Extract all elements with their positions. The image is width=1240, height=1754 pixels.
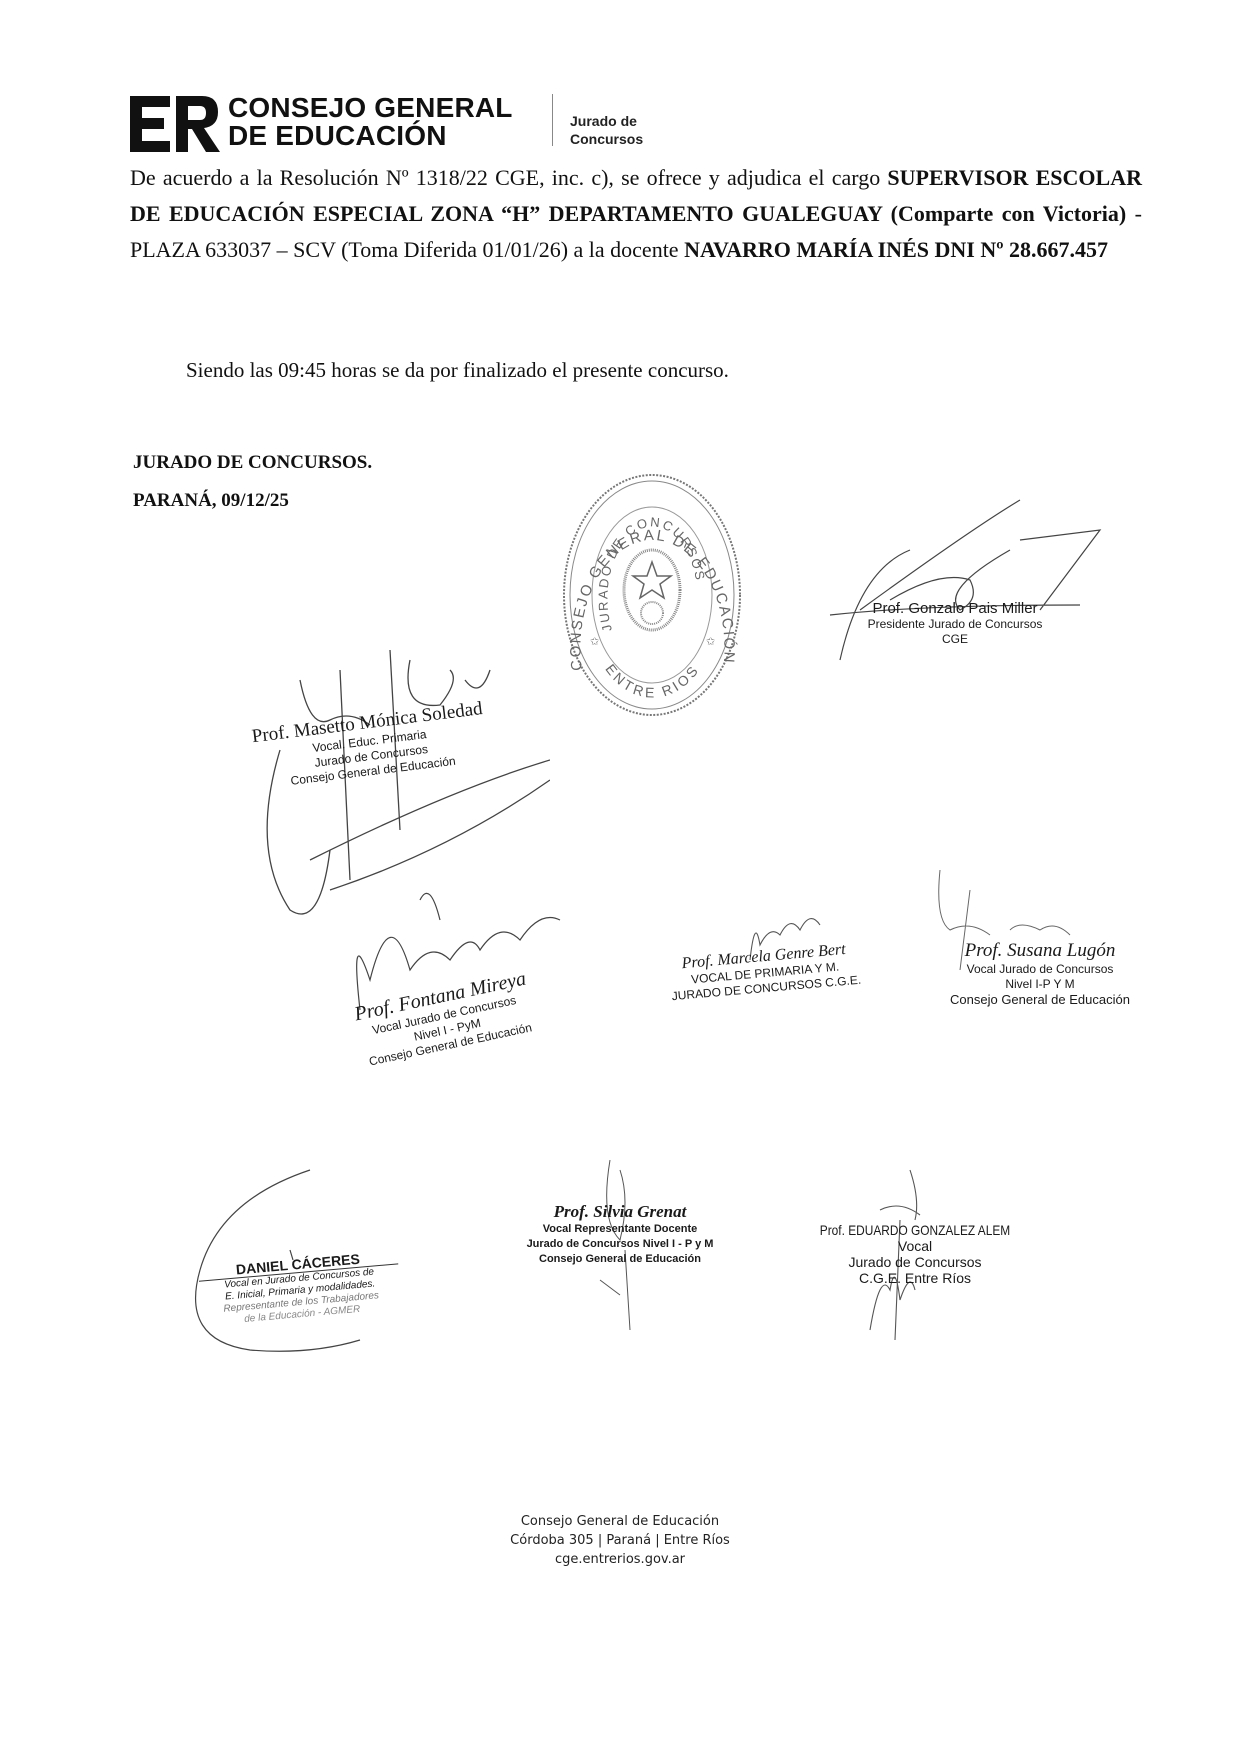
signer-role: Vocal Jurado de Concursos xyxy=(925,962,1155,977)
official-stamp: CONSEJO GENERAL DE EDUCACIÓN JURADO DE C… xyxy=(560,470,745,720)
signer-name: Prof. Silvia Grenat xyxy=(510,1202,730,1222)
footer-org: Consejo General de Educación xyxy=(0,1512,1240,1531)
signature-scribble-icon xyxy=(820,490,1120,690)
closing-sentence: Siendo las 09:45 horas se da por finaliz… xyxy=(186,358,729,383)
department-line2: Concursos xyxy=(570,130,643,148)
paragraph-intro: De acuerdo a la Resolución Nº 1318/22 CG… xyxy=(130,165,887,190)
footer-website[interactable]: cge.entrerios.gov.ar xyxy=(0,1550,1240,1569)
signature-lugon: Prof. Susana Lugón Vocal Jurado de Concu… xyxy=(925,940,1155,1007)
signature-gonzalez-alem: Prof. EDUARDO GONZALEZ ALEM Vocal Jurado… xyxy=(800,1222,1030,1286)
stamp-seal-icon: CONSEJO GENERAL DE EDUCACIÓN JURADO DE C… xyxy=(560,470,745,720)
org-name-line2: DE EDUCACIÓN xyxy=(228,122,513,150)
signer-name: Prof. EDUARDO GONZALEZ ALEM xyxy=(817,1222,1013,1238)
signer-level: Nivel I-P Y M xyxy=(925,977,1155,992)
footer: Consejo General de Educación Córdoba 305… xyxy=(0,1512,1240,1569)
svg-text:✩: ✩ xyxy=(590,636,599,648)
department-line1: Jurado de xyxy=(570,112,643,130)
org-name: CONSEJO GENERAL DE EDUCACIÓN xyxy=(228,94,513,150)
signer-body: Jurado de Concursos Nivel I - P y M xyxy=(510,1237,730,1252)
signer-org: C.G.E. Entre Ríos xyxy=(800,1270,1030,1286)
org-name-line1: CONSEJO GENERAL xyxy=(228,94,513,122)
signature-masetto: Prof. Masetto Mónica Soledad Vocal. Educ… xyxy=(247,698,493,794)
er-logo-mark-icon xyxy=(130,96,220,152)
signer-role: Vocal Representante Docente xyxy=(510,1222,730,1237)
place-date: PARANÁ, 09/12/25 xyxy=(133,490,289,512)
footer-address: Córdoba 305 | Paraná | Entre Ríos xyxy=(0,1531,1240,1550)
teacher-name: NAVARRO MARÍA INÉS DNI Nº 28.667.457 xyxy=(684,237,1108,262)
signer-body: Jurado de Concursos xyxy=(800,1254,1030,1270)
signature-genre-bert: Prof. Marcela Genre Bert VOCAL DE PRIMAR… xyxy=(658,939,871,1005)
jurado-heading: JURADO DE CONCURSOS. xyxy=(133,452,372,474)
signer-name: Prof. Susana Lugón xyxy=(925,940,1155,962)
signer-org: CGE xyxy=(840,632,1070,647)
svg-text:✩: ✩ xyxy=(706,636,715,648)
signer-role: Presidente Jurado de Concursos xyxy=(840,617,1070,632)
signer-org: Consejo General de Educación xyxy=(925,992,1155,1007)
signature-fontana: Prof. Fontana Mireya Vocal Jurado de Con… xyxy=(316,960,575,1078)
resolution-paragraph: De acuerdo a la Resolución Nº 1318/22 CG… xyxy=(130,160,1142,268)
er-logo xyxy=(130,96,220,152)
department-name: Jurado de Concursos xyxy=(570,112,643,148)
header-divider xyxy=(552,94,553,146)
signature-caceres: DANIEL CÁCERES Vocal en Jurado de Concur… xyxy=(198,1247,403,1329)
signer-org: Consejo General de Educación xyxy=(510,1252,730,1267)
signer-name: Prof. Gonzalo Pais Miller xyxy=(840,600,1070,617)
signature-pais-miller: Prof. Gonzalo Pais Miller Presidente Jur… xyxy=(840,600,1070,647)
signer-role: Vocal xyxy=(800,1238,1030,1254)
signature-scribble-icon xyxy=(250,650,550,950)
svg-text:ENTRE RIOS: ENTRE RIOS xyxy=(602,661,702,701)
stamp-bottom-text: ENTRE RIOS xyxy=(602,661,702,701)
signature-grenat: Prof. Silvia Grenat Vocal Representante … xyxy=(510,1202,730,1267)
